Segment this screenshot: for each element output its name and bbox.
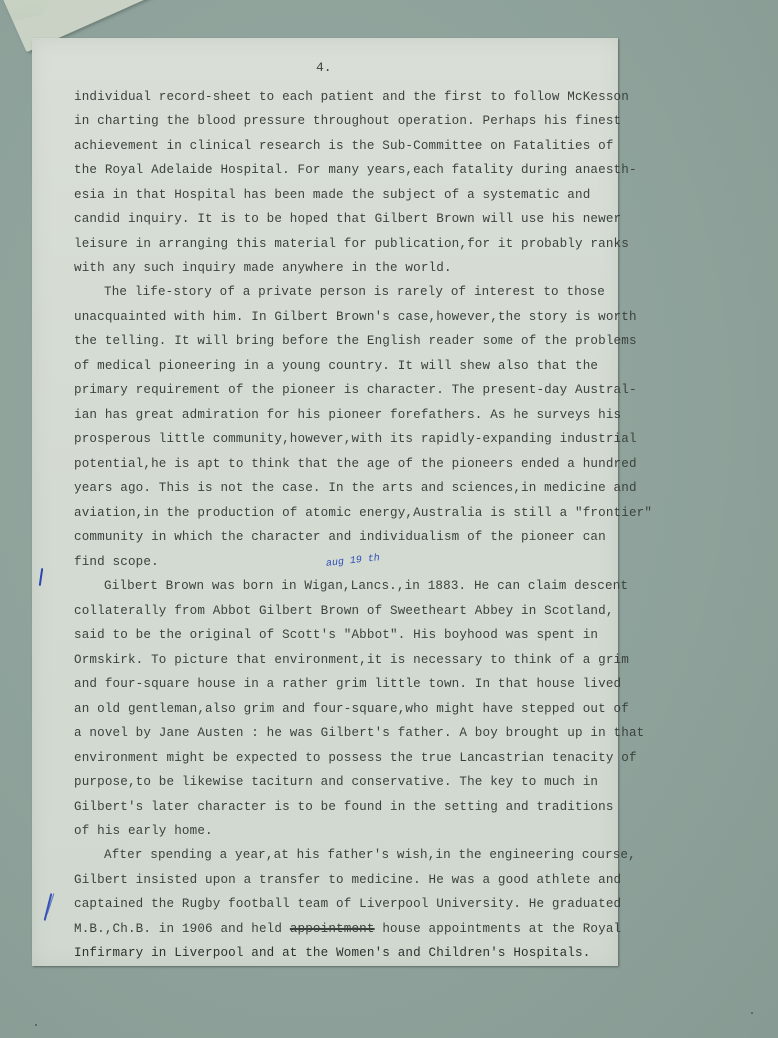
text-line: candid inquiry. It is to be hoped that G… [74,211,621,227]
text-line: the telling. It will bring before the En… [74,333,637,349]
text-line: and four-square house in a rather grim l… [74,676,621,692]
text-line: the Royal Adelaide Hospital. For many ye… [74,162,637,178]
text-segment: house appointments at the Royal [375,922,622,936]
dust-speck [751,1012,753,1014]
text-line: individual record-sheet to each patient … [74,89,629,105]
text-line: environment might be expected to possess… [74,750,637,766]
text-segment: M.B.,Ch.B. in 1906 and held [74,922,290,936]
text-line: of his early home. [74,823,213,839]
text-line: years ago. This is not the case. In the … [74,480,637,496]
text-line: unacquainted with him. In Gilbert Brown'… [74,309,637,325]
text-line: potential,he is apt to think that the ag… [74,456,637,472]
text-line: collaterally from Abbot Gilbert Brown of… [74,603,614,619]
text-line: M.B.,Ch.B. in 1906 and held appointment … [74,921,621,937]
text-line: After spending a year,at his father's wi… [104,847,636,863]
text-line: prosperous little community,however,with… [74,431,637,447]
text-line: with any such inquiry made anywhere in t… [74,260,452,276]
text-line: ian has great admiration for his pioneer… [74,407,621,423]
text-line: community in which the character and ind… [74,529,606,545]
text-line: leisure in arranging this material for p… [74,236,629,252]
text-line: an old gentleman,also grim and four-squa… [74,701,629,717]
text-line: esia in that Hospital has been made the … [74,187,590,203]
text-line: The life-story of a private person is ra… [104,284,605,300]
text-line: primary requirement of the pioneer is ch… [74,382,637,398]
text-line: Gilbert Brown was born in Wigan,Lancs.,i… [104,578,628,594]
text-line: of medical pioneering in a young country… [74,358,598,374]
text-line: a novel by Jane Austen : he was Gilbert'… [74,725,644,741]
text-line: Ormskirk. To picture that environment,it… [74,652,629,668]
text-line: captained the Rugby football team of Liv… [74,896,621,912]
text-line: Gilbert insisted upon a transfer to medi… [74,872,621,888]
text-line: said to be the original of Scott's "Abbo… [74,627,598,643]
text-line: Infirmary in Liverpool and at the Women'… [74,945,590,961]
dust-speck [35,1024,37,1026]
text-line: in charting the blood pressure throughou… [74,113,621,129]
struck-out-word: appointment [290,922,375,936]
text-line: purpose,to be likewise taciturn and cons… [74,774,598,790]
page-number: 4. [316,60,332,75]
text-line: find scope. [74,554,159,570]
text-line: Gilbert's later character is to be found… [74,799,614,815]
text-line: aviation,in the production of atomic ene… [74,505,652,521]
text-line: achievement in clinical research is the … [74,138,614,154]
